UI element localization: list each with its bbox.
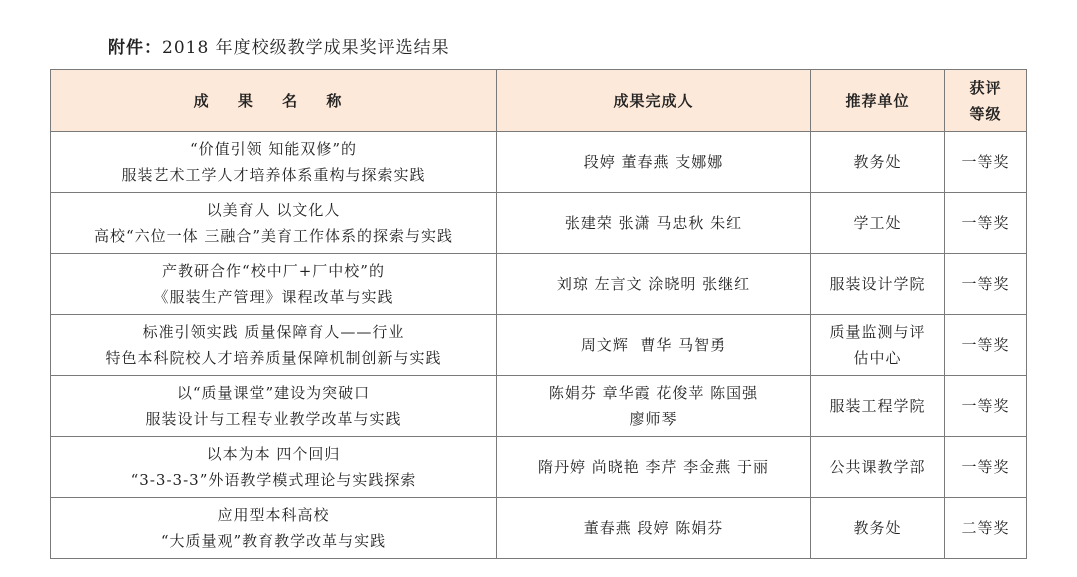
- cell-name: 以“质量课堂”建设为突破口服装设计与工程专业教学改革与实践: [51, 376, 497, 437]
- cell-people: 陈娟芬 章华霞 花俊苹 陈国强廖师琴: [497, 376, 811, 437]
- cell-people: 董春燕 段婷 陈娟芬: [497, 498, 811, 559]
- cell-unit: 公共课教学部: [811, 437, 945, 498]
- cell-unit: 服装工程学院: [811, 376, 945, 437]
- table-row: 产教研合作“校中厂+厂中校”的《服装生产管理》课程改革与实践 刘琼 左言文 涂晓…: [51, 254, 1027, 315]
- header-people: 成果完成人: [497, 70, 811, 132]
- cell-name: 以本为本 四个回归“3-3-3-3”外语教学模式理论与实践探索: [51, 437, 497, 498]
- table-row: “价值引领 知能双修”的服装艺术工学人才培养体系重构与探索实践 段婷 董春燕 支…: [51, 132, 1027, 193]
- cell-people: 段婷 董春燕 支娜娜: [497, 132, 811, 193]
- cell-name: 以美育人 以文化人高校“六位一体 三融合”美育工作体系的探索与实践: [51, 193, 497, 254]
- title-lead: 附件：: [108, 38, 162, 58]
- cell-grade: 一等奖: [945, 315, 1027, 376]
- cell-grade: 一等奖: [945, 437, 1027, 498]
- table-row: 以美育人 以文化人高校“六位一体 三融合”美育工作体系的探索与实践 张建荣 张潇…: [51, 193, 1027, 254]
- cell-unit: 教务处: [811, 498, 945, 559]
- table-row: 标准引领实践 质量保障育人——行业特色本科院校人才培养质量保障机制创新与实践 周…: [51, 315, 1027, 376]
- cell-people: 张建荣 张潇 马忠秋 朱红: [497, 193, 811, 254]
- cell-people: 隋丹婷 尚晓艳 李芹 李金燕 于丽: [497, 437, 811, 498]
- cell-name: 标准引领实践 质量保障育人——行业特色本科院校人才培养质量保障机制创新与实践: [51, 315, 497, 376]
- cell-people: 周文辉 曹华 马智勇: [497, 315, 811, 376]
- cell-name: 应用型本科高校“大质量观”教育教学改革与实践: [51, 498, 497, 559]
- cell-unit: 质量监测与评估中心: [811, 315, 945, 376]
- cell-grade: 一等奖: [945, 193, 1027, 254]
- table-row: 以本为本 四个回归“3-3-3-3”外语教学模式理论与实践探索 隋丹婷 尚晓艳 …: [51, 437, 1027, 498]
- results-table: 成 果 名 称 成果完成人 推荐单位 获评 等级 “价值引领 知能双修”的服装艺…: [50, 69, 1027, 559]
- table-row: 以“质量课堂”建设为突破口服装设计与工程专业教学改革与实践 陈娟芬 章华霞 花俊…: [51, 376, 1027, 437]
- cell-people: 刘琼 左言文 涂晓明 张继红: [497, 254, 811, 315]
- header-name: 成 果 名 称: [51, 70, 497, 132]
- header-grade: 获评 等级: [945, 70, 1027, 132]
- header-unit: 推荐单位: [811, 70, 945, 132]
- cell-unit: 服装设计学院: [811, 254, 945, 315]
- cell-unit: 教务处: [811, 132, 945, 193]
- header-grade-line2: 等级: [945, 101, 1026, 127]
- title-text: 2018 年度校级教学成果奖评选结果: [162, 38, 450, 58]
- cell-grade: 二等奖: [945, 498, 1027, 559]
- cell-grade: 一等奖: [945, 376, 1027, 437]
- cell-unit: 学工处: [811, 193, 945, 254]
- table-row: 应用型本科高校“大质量观”教育教学改革与实践 董春燕 段婷 陈娟芬 教务处 二等…: [51, 498, 1027, 559]
- document-title: 附件：2018 年度校级教学成果奖评选结果: [108, 33, 450, 58]
- cell-name: “价值引领 知能双修”的服装艺术工学人才培养体系重构与探索实践: [51, 132, 497, 193]
- cell-name: 产教研合作“校中厂+厂中校”的《服装生产管理》课程改革与实践: [51, 254, 497, 315]
- cell-grade: 一等奖: [945, 254, 1027, 315]
- cell-grade: 一等奖: [945, 132, 1027, 193]
- header-grade-line1: 获评: [945, 75, 1026, 101]
- table-header-row: 成 果 名 称 成果完成人 推荐单位 获评 等级: [51, 70, 1027, 132]
